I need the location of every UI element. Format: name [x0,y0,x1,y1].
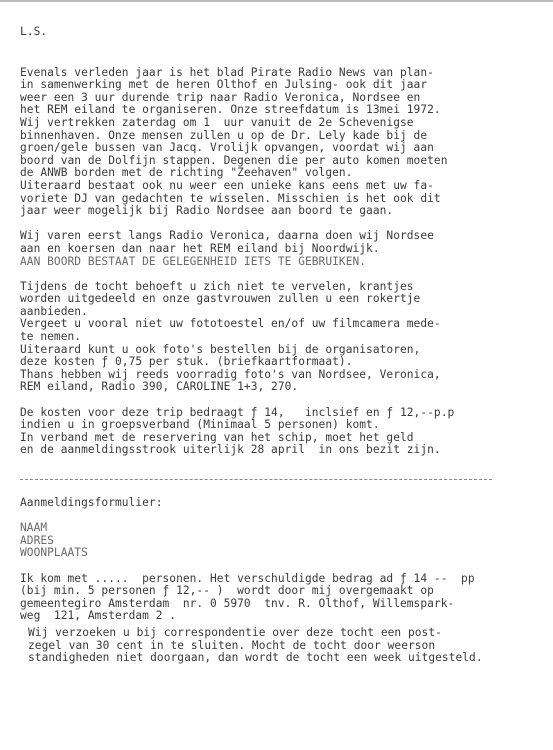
form-field-name: NAAM [20,522,540,535]
text-line: jaar weer mogelijk bij Radio Nordsee aan… [20,205,540,218]
text-line: groen/gele bussen van Jacq. Vrolijk opva… [20,142,540,155]
paragraph-intro: Evenals verleden jaar is het blad Pirate… [20,67,540,218]
text-line: te nemen. [20,331,540,344]
text-line: Vergeet u vooral niet uw fototoestel en/… [20,318,540,331]
page-top-border [0,0,553,2]
text-line: Wij verzoeken u bij correspondentie over… [28,627,540,640]
cut-line-divider [20,479,492,481]
form-field-city: WOONPLAATS [20,547,540,560]
text-line: indien u in groepsverband (Minimaal 5 pe… [20,419,540,432]
text-line: (bij min. 5 personen ƒ 12,-- ) wordt doo… [20,585,540,598]
typewritten-letter: L.S. Evenals verleden jaar is het blad P… [20,18,540,665]
form-note: Wij verzoeken u bij correspondentie over… [20,627,540,665]
text-line: standigheden niet doorgaan, dan wordt de… [28,652,540,665]
form-payment: Ik kom met ..... personen. Het verschuld… [20,573,540,623]
text-line: REM eiland, Radio 390, CAROLINE 1+3, 270… [20,381,540,394]
text-line: in samenwerking met de heren Olthof en J… [20,79,540,92]
text-line: aan en koersen dan naar het REM eiland b… [20,243,540,256]
text-line: Wij vertrekken zaterdag om 1 uur vanuit … [20,117,540,130]
text-line: AAN BOORD BESTAAT DE GELEGENHEID IETS TE… [20,256,540,269]
text-line: Uiteraard bestaat ook nu weer een unieke… [20,180,540,193]
form-title: Aanmeldingsformulier: [20,497,540,510]
text-line: worden uitgedeeld en onze gastvrouwen zu… [20,293,540,306]
paragraph-route: Wij varen eerst langs Radio Veronica, da… [20,230,540,268]
salutation: L.S. [20,26,540,39]
text-line: weg 121, Amsterdam 2 . [20,610,540,623]
form-field-address: ADRES [20,535,540,548]
text-line: en de aanmeldingsstrook uiterlijk 28 apr… [20,444,540,457]
paragraph-costs: De kosten voor deze trip bedraagt ƒ 14, … [20,407,540,457]
text-line: deze kosten ƒ 0,75 per stuk. (briefkaart… [20,356,540,369]
form-fields: NAAM ADRES WOONPLAATS [20,522,540,560]
paragraph-onboard: Tijdens de tocht behoeft u zich niet te … [20,281,540,394]
